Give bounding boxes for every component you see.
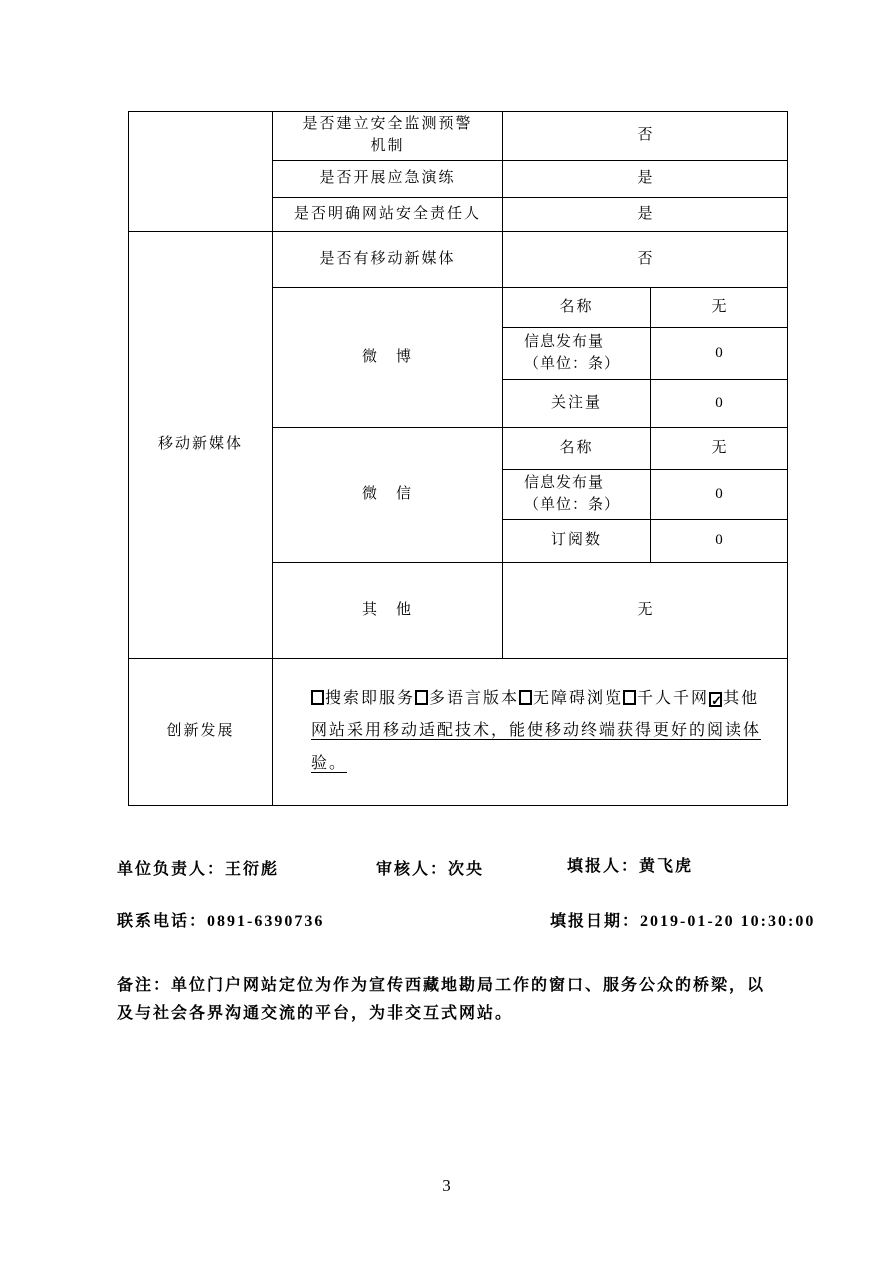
page-number: 3 <box>0 1176 893 1196</box>
weibo-followers-label: 关注量 <box>503 380 651 428</box>
table-row: 是否建立安全监测预警 机制 否 <box>129 112 788 161</box>
emergency-drill-label: 是否开展应急演练 <box>273 161 503 198</box>
option-thousand-sites: 千人千网 <box>623 690 709 707</box>
has-mobile-media-value: 否 <box>503 232 788 288</box>
filler-label: 填报人： <box>567 858 639 875</box>
option-label: 千人千网 <box>637 690 709 707</box>
option-other: ✓其他 <box>709 690 759 707</box>
filler-line: 填报人：黄飞虎 <box>567 853 693 876</box>
unit-head-label: 单位负责人： <box>117 861 225 878</box>
report-date-value: 2019-01-20 10:30:00 <box>640 913 815 930</box>
filler-name: 黄飞虎 <box>639 858 693 875</box>
weibo-name-label: 名称 <box>503 288 651 328</box>
remarks-note: 备注：单位门户网站定位为作为宣传西藏地勘局工作的窗口、服务公众的桥梁，以 及与社… <box>117 972 797 1028</box>
option-multilingual: 多语言版本 <box>415 690 519 707</box>
unit-head-name: 王衍彪 <box>225 861 279 878</box>
innovation-content-cell: 搜索即服务多语言版本无障碍浏览千人千网✓其他 网站采用移动适配技术，能使移动终端… <box>273 659 788 806</box>
category-cell-empty <box>129 112 273 232</box>
security-officer-value: 是 <box>503 198 788 232</box>
report-page: 是否建立安全监测预警 机制 否 是否开展应急演练 是 是否明确网站安全责任人 是… <box>0 0 893 1263</box>
checkbox-other-checked[interactable]: ✓ <box>709 692 722 707</box>
wechat-subscribers-label: 订阅数 <box>503 520 651 563</box>
auditor-line: 审核人：次央 <box>376 856 484 879</box>
report-date-label: 填报日期： <box>550 913 640 930</box>
weibo-cell: 微 博 <box>273 288 503 428</box>
wechat-cell: 微 信 <box>273 428 503 563</box>
wechat-name-value: 无 <box>651 428 788 470</box>
option-label: 搜索即服务 <box>325 690 415 707</box>
option-label: 多语言版本 <box>429 690 519 707</box>
unit-head-line: 单位负责人：王衍彪 <box>117 856 279 879</box>
checkbox-thousand-sites[interactable] <box>623 690 636 705</box>
option-search-service: 搜索即服务 <box>311 690 415 707</box>
wechat-posts-value: 0 <box>651 470 788 520</box>
annual-report-table: 是否建立安全监测预警 机制 否 是否开展应急演练 是 是否明确网站安全责任人 是… <box>128 111 788 806</box>
wechat-name-label: 名称 <box>503 428 651 470</box>
weibo-name-value: 无 <box>651 288 788 328</box>
weibo-followers-value: 0 <box>651 380 788 428</box>
auditor-name: 次央 <box>448 861 484 878</box>
other-media-label: 其 他 <box>273 563 503 659</box>
contact-phone-number: 0891-6390736 <box>207 913 324 930</box>
security-warning-value: 否 <box>503 112 788 161</box>
wechat-subscribers-value: 0 <box>651 520 788 563</box>
checkbox-search-service[interactable] <box>311 690 324 705</box>
table-row: 创新发展 搜索即服务多语言版本无障碍浏览千人千网✓其他 网站采用移动适配技术，能… <box>129 659 788 806</box>
weibo-posts-value: 0 <box>651 328 788 380</box>
category-cell-innovation: 创新发展 <box>129 659 273 806</box>
category-cell-mobile-media: 移动新媒体 <box>129 232 273 659</box>
other-media-value: 无 <box>503 563 788 659</box>
option-accessibility: 无障碍浏览 <box>519 690 623 707</box>
checkbox-accessibility[interactable] <box>519 690 532 705</box>
contact-phone-label: 联系电话： <box>117 913 207 930</box>
auditor-label: 审核人： <box>376 861 448 878</box>
contact-phone-line: 联系电话：0891-6390736 <box>117 908 324 931</box>
report-date-line: 填报日期：2019-01-20 10:30:00 <box>550 908 815 931</box>
option-label: 其他 <box>723 690 759 707</box>
innovation-description: 网站采用移动适配技术，能使移动终端获得更好的阅读体 验。 <box>311 714 781 780</box>
innovation-options: 搜索即服务多语言版本无障碍浏览千人千网✓其他 <box>311 684 781 714</box>
emergency-drill-value: 是 <box>503 161 788 198</box>
security-warning-label: 是否建立安全监测预警 机制 <box>273 112 503 161</box>
wechat-posts-label: 信息发布量 （单位：条） <box>503 470 651 520</box>
has-mobile-media-label: 是否有移动新媒体 <box>273 232 503 288</box>
option-label: 无障碍浏览 <box>533 690 623 707</box>
table-row: 移动新媒体 是否有移动新媒体 否 <box>129 232 788 288</box>
security-officer-label: 是否明确网站安全责任人 <box>273 198 503 232</box>
checkbox-multilingual[interactable] <box>415 690 428 705</box>
weibo-posts-label: 信息发布量 （单位：条） <box>503 328 651 380</box>
